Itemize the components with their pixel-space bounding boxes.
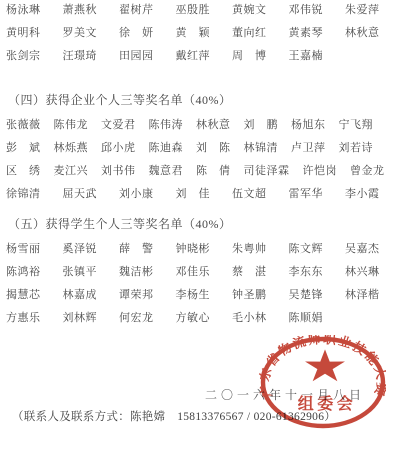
winner-name: 区 绣 (6, 162, 41, 178)
winner-name: 揭慧芯 (6, 286, 41, 302)
name-row: 张剑宗汪璟琦田园园戴红萍周 博王嘉楠 (6, 43, 398, 66)
name-row: 徐锦清屈天武刘小康刘 佳伍文超雷军华李小霞 (6, 181, 398, 204)
winner-name: 黄素琴 (289, 24, 324, 40)
winner-name: 谭荣邦 (119, 286, 154, 302)
winner-name: 巫殷胜 (176, 1, 211, 17)
winner-name: 许恺岗 (303, 162, 338, 178)
name-row: 张薇薇陈伟龙文爱君陈伟涛林秋意刘 鹏杨旭东宁飞翔 (6, 112, 398, 135)
winner-name: 刘 佳 (176, 185, 211, 201)
winner-name: 林锦清 (244, 139, 279, 155)
winner-name: 张薇薇 (6, 116, 41, 132)
winner-name: 林兴琳 (345, 263, 380, 279)
winner-name: 周 博 (232, 47, 267, 63)
winner-name: 文爱君 (101, 116, 136, 132)
winner-name: 陈迪森 (149, 139, 184, 155)
winner-name: 萧燕秋 (63, 1, 98, 17)
winner-name: 方惠乐 (6, 309, 41, 325)
winner-name: 陈伟涛 (149, 116, 184, 132)
winner-name: 吴嘉杰 (345, 240, 380, 256)
seal-committee-text: 组委会 (298, 394, 357, 413)
name-row: 杨泳琳萧燕秋翟树芹巫殷胜黄婉文邓伟锐朱爱萍 (6, 0, 398, 20)
winner-name: 屈天武 (63, 185, 98, 201)
winner-name: 陈文辉 (289, 240, 324, 256)
winner-name: 林泽楷 (345, 286, 380, 302)
winner-name: 张剑宗 (6, 47, 41, 63)
winner-name: 刘小康 (119, 185, 154, 201)
winner-name: 魏洁彬 (119, 263, 154, 279)
winner-name: 司徒泽霖 (244, 162, 290, 178)
winner-name: 伍文超 (232, 185, 267, 201)
winner-name: 邓伟锐 (289, 1, 324, 17)
winner-name: 麦江兴 (54, 162, 89, 178)
name-row: 陈鸿裕张镇平魏洁彬邓佳乐蔡 湛李东东林兴琳 (6, 259, 398, 282)
winner-name: 彭 斌 (6, 139, 41, 155)
winner-name: 田园园 (119, 47, 154, 63)
section-enterprise-third-prize: （四）获得企业个人三等奖名单（40%） 张薇薇陈伟龙文爱君陈伟涛林秋意刘 鹏杨旭… (6, 89, 398, 204)
winner-name: 徐锦清 (6, 185, 41, 201)
winner-name: 邓佳乐 (176, 263, 211, 279)
winner-name: 林嘉成 (63, 286, 98, 302)
winner-name: 钟圣鹏 (232, 286, 267, 302)
winner-name: 徐 妍 (119, 24, 154, 40)
winner-name: 杨雪丽 (6, 240, 41, 256)
winner-name: 薛 警 (119, 240, 154, 256)
winner-name: 王嘉楠 (289, 47, 324, 63)
winner-name: 魏意君 (149, 162, 184, 178)
winner-name: 宁飞翔 (339, 116, 374, 132)
winner-name: 张镇平 (63, 263, 98, 279)
section-heading-student: （五）获得学生个人三等奖名单（40%） (6, 213, 398, 236)
winner-name: 陈伟龙 (54, 116, 89, 132)
winner-name: 刘 鹏 (244, 116, 279, 132)
winner-name: 陈顺娟 (289, 309, 324, 325)
winner-name: 朱粤帅 (232, 240, 267, 256)
name-row: 杨雪丽奚泽锐薛 警钟晓彬朱粤帅陈文辉吴嘉杰 (6, 236, 398, 259)
winner-name: 林秋意 (345, 24, 380, 40)
winner-name: 刘书伟 (101, 162, 136, 178)
section-student-third-prize: （五）获得学生个人三等奖名单（40%） 杨雪丽奚泽锐薛 警钟晓彬朱粤帅陈文辉吴嘉… (6, 213, 398, 328)
name-row: 彭 斌林烁燕邱小虎陈迪森刘 陈林锦清卢卫萍刘若诗 (6, 135, 398, 158)
name-row: 方惠乐刘林辉何宏龙方敏心毛小林陈顺娟 (6, 305, 398, 328)
winner-name: 李小霞 (345, 185, 380, 201)
winner-name: 毛小林 (232, 309, 267, 325)
winner-name: 黄 颖 (176, 24, 211, 40)
name-row: 黄明科罗美文徐 妍黄 颖董向红黄素琴林秋意 (6, 20, 398, 43)
star-icon (305, 349, 345, 381)
winner-name: 刘 陈 (196, 139, 231, 155)
official-seal-stamp: 广东省物流师职业技能大赛 组委会 (258, 335, 386, 431)
winner-name: 陈 倩 (196, 162, 231, 178)
name-row: 区 绣麦江兴刘书伟魏意君陈 倩司徒泽霖许恺岗曾金龙 (6, 158, 398, 181)
winner-name: 蔡 湛 (232, 263, 267, 279)
winner-name: 林烁燕 (54, 139, 89, 155)
document-page: 杨泳琳萧燕秋翟树芹巫殷胜黄婉文邓伟锐朱爱萍 黄明科罗美文徐 妍黄 颖董向红黄素琴… (0, 0, 400, 453)
section-heading-enterprise: （四）获得企业个人三等奖名单（40%） (6, 89, 398, 112)
name-row: 揭慧芯林嘉成谭荣邦李杨生钟圣鹏吴楚锋林泽楷 (6, 282, 398, 305)
winner-list-continuation: 杨泳琳萧燕秋翟树芹巫殷胜黄婉文邓伟锐朱爱萍 黄明科罗美文徐 妍黄 颖董向红黄素琴… (6, 0, 398, 66)
winner-name: 朱爱萍 (345, 1, 380, 17)
winner-name: 陈鸿裕 (6, 263, 41, 279)
winner-name: 黄明科 (6, 24, 41, 40)
winner-name: 何宏龙 (119, 309, 154, 325)
winner-name: 吴楚锋 (289, 286, 324, 302)
winner-name: 奚泽锐 (63, 240, 98, 256)
winner-name: 李东东 (289, 263, 324, 279)
winner-name: 方敏心 (176, 309, 211, 325)
winner-name: 林秋意 (196, 116, 231, 132)
winner-name: 刘若诗 (339, 139, 374, 155)
winner-name: 杨泳琳 (6, 1, 41, 17)
winner-name: 罗美文 (63, 24, 98, 40)
winner-name: 曾金龙 (350, 162, 385, 178)
winner-name: 钟晓彬 (176, 240, 211, 256)
winner-name: 雷军华 (289, 185, 324, 201)
winner-name: 汪璟琦 (63, 47, 98, 63)
winner-name: 刘林辉 (63, 309, 98, 325)
winner-name: 戴红萍 (176, 47, 211, 63)
winner-name: 董向红 (232, 24, 267, 40)
winner-name: 杨旭东 (291, 116, 326, 132)
winner-name: 邱小虎 (101, 139, 136, 155)
seal-graphic: 广东省物流师职业技能大赛 组委会 (258, 335, 386, 431)
winner-name: 卢卫萍 (291, 139, 326, 155)
winner-name: 黄婉文 (232, 1, 267, 17)
winner-name: 李杨生 (176, 286, 211, 302)
winner-name: 翟树芹 (119, 1, 154, 17)
